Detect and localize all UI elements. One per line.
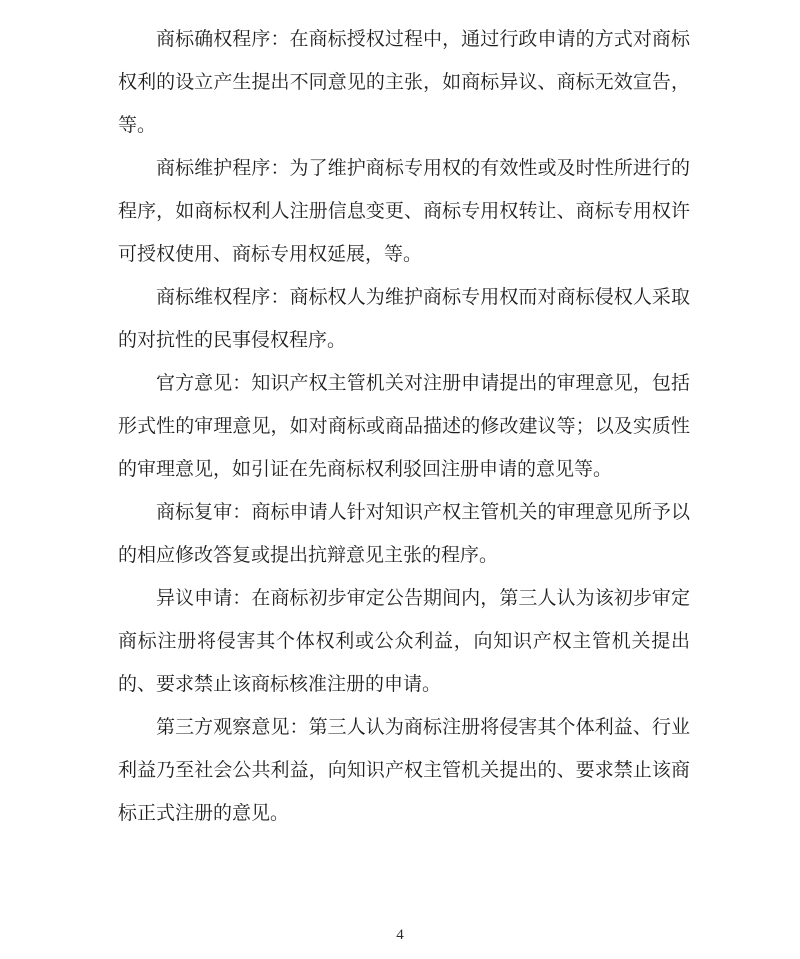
paragraph-trademark-enforcement-procedure: 商标维权程序：商标权人为维护商标专用权而对商标侵权人采取的对抗性的民事侵权程序。 [118, 276, 690, 362]
page-number: 4 [0, 925, 800, 945]
paragraph-trademark-confirmation-procedure: 商标确权程序：在商标授权过程中，通过行政申请的方式对商标权利的设立产生提出不同意… [118, 18, 690, 147]
paragraph-trademark-maintenance-procedure: 商标维护程序：为了维护商标专用权的有效性或及时性所进行的程序，如商标权利人注册信… [118, 147, 690, 276]
document-body: 商标确权程序：在商标授权过程中，通过行政申请的方式对商标权利的设立产生提出不同意… [118, 18, 690, 835]
paragraph-trademark-review: 商标复审：商标申请人针对知识产权主管机关的审理意见所予以的相应修改答复或提出抗辩… [118, 491, 690, 577]
paragraph-opposition-application: 异议申请：在商标初步审定公告期间内，第三人认为该初步审定商标注册将侵害其个体权利… [118, 577, 690, 706]
document-page: 商标确权程序：在商标授权过程中，通过行政申请的方式对商标权利的设立产生提出不同意… [0, 0, 800, 959]
paragraph-third-party-observation: 第三方观察意见：第三人认为商标注册将侵害其个体利益、行业利益乃至社会公共利益，向… [118, 706, 690, 835]
paragraph-official-opinion: 官方意见：知识产权主管机关对注册申请提出的审理意见，包括形式性的审理意见，如对商… [118, 362, 690, 491]
